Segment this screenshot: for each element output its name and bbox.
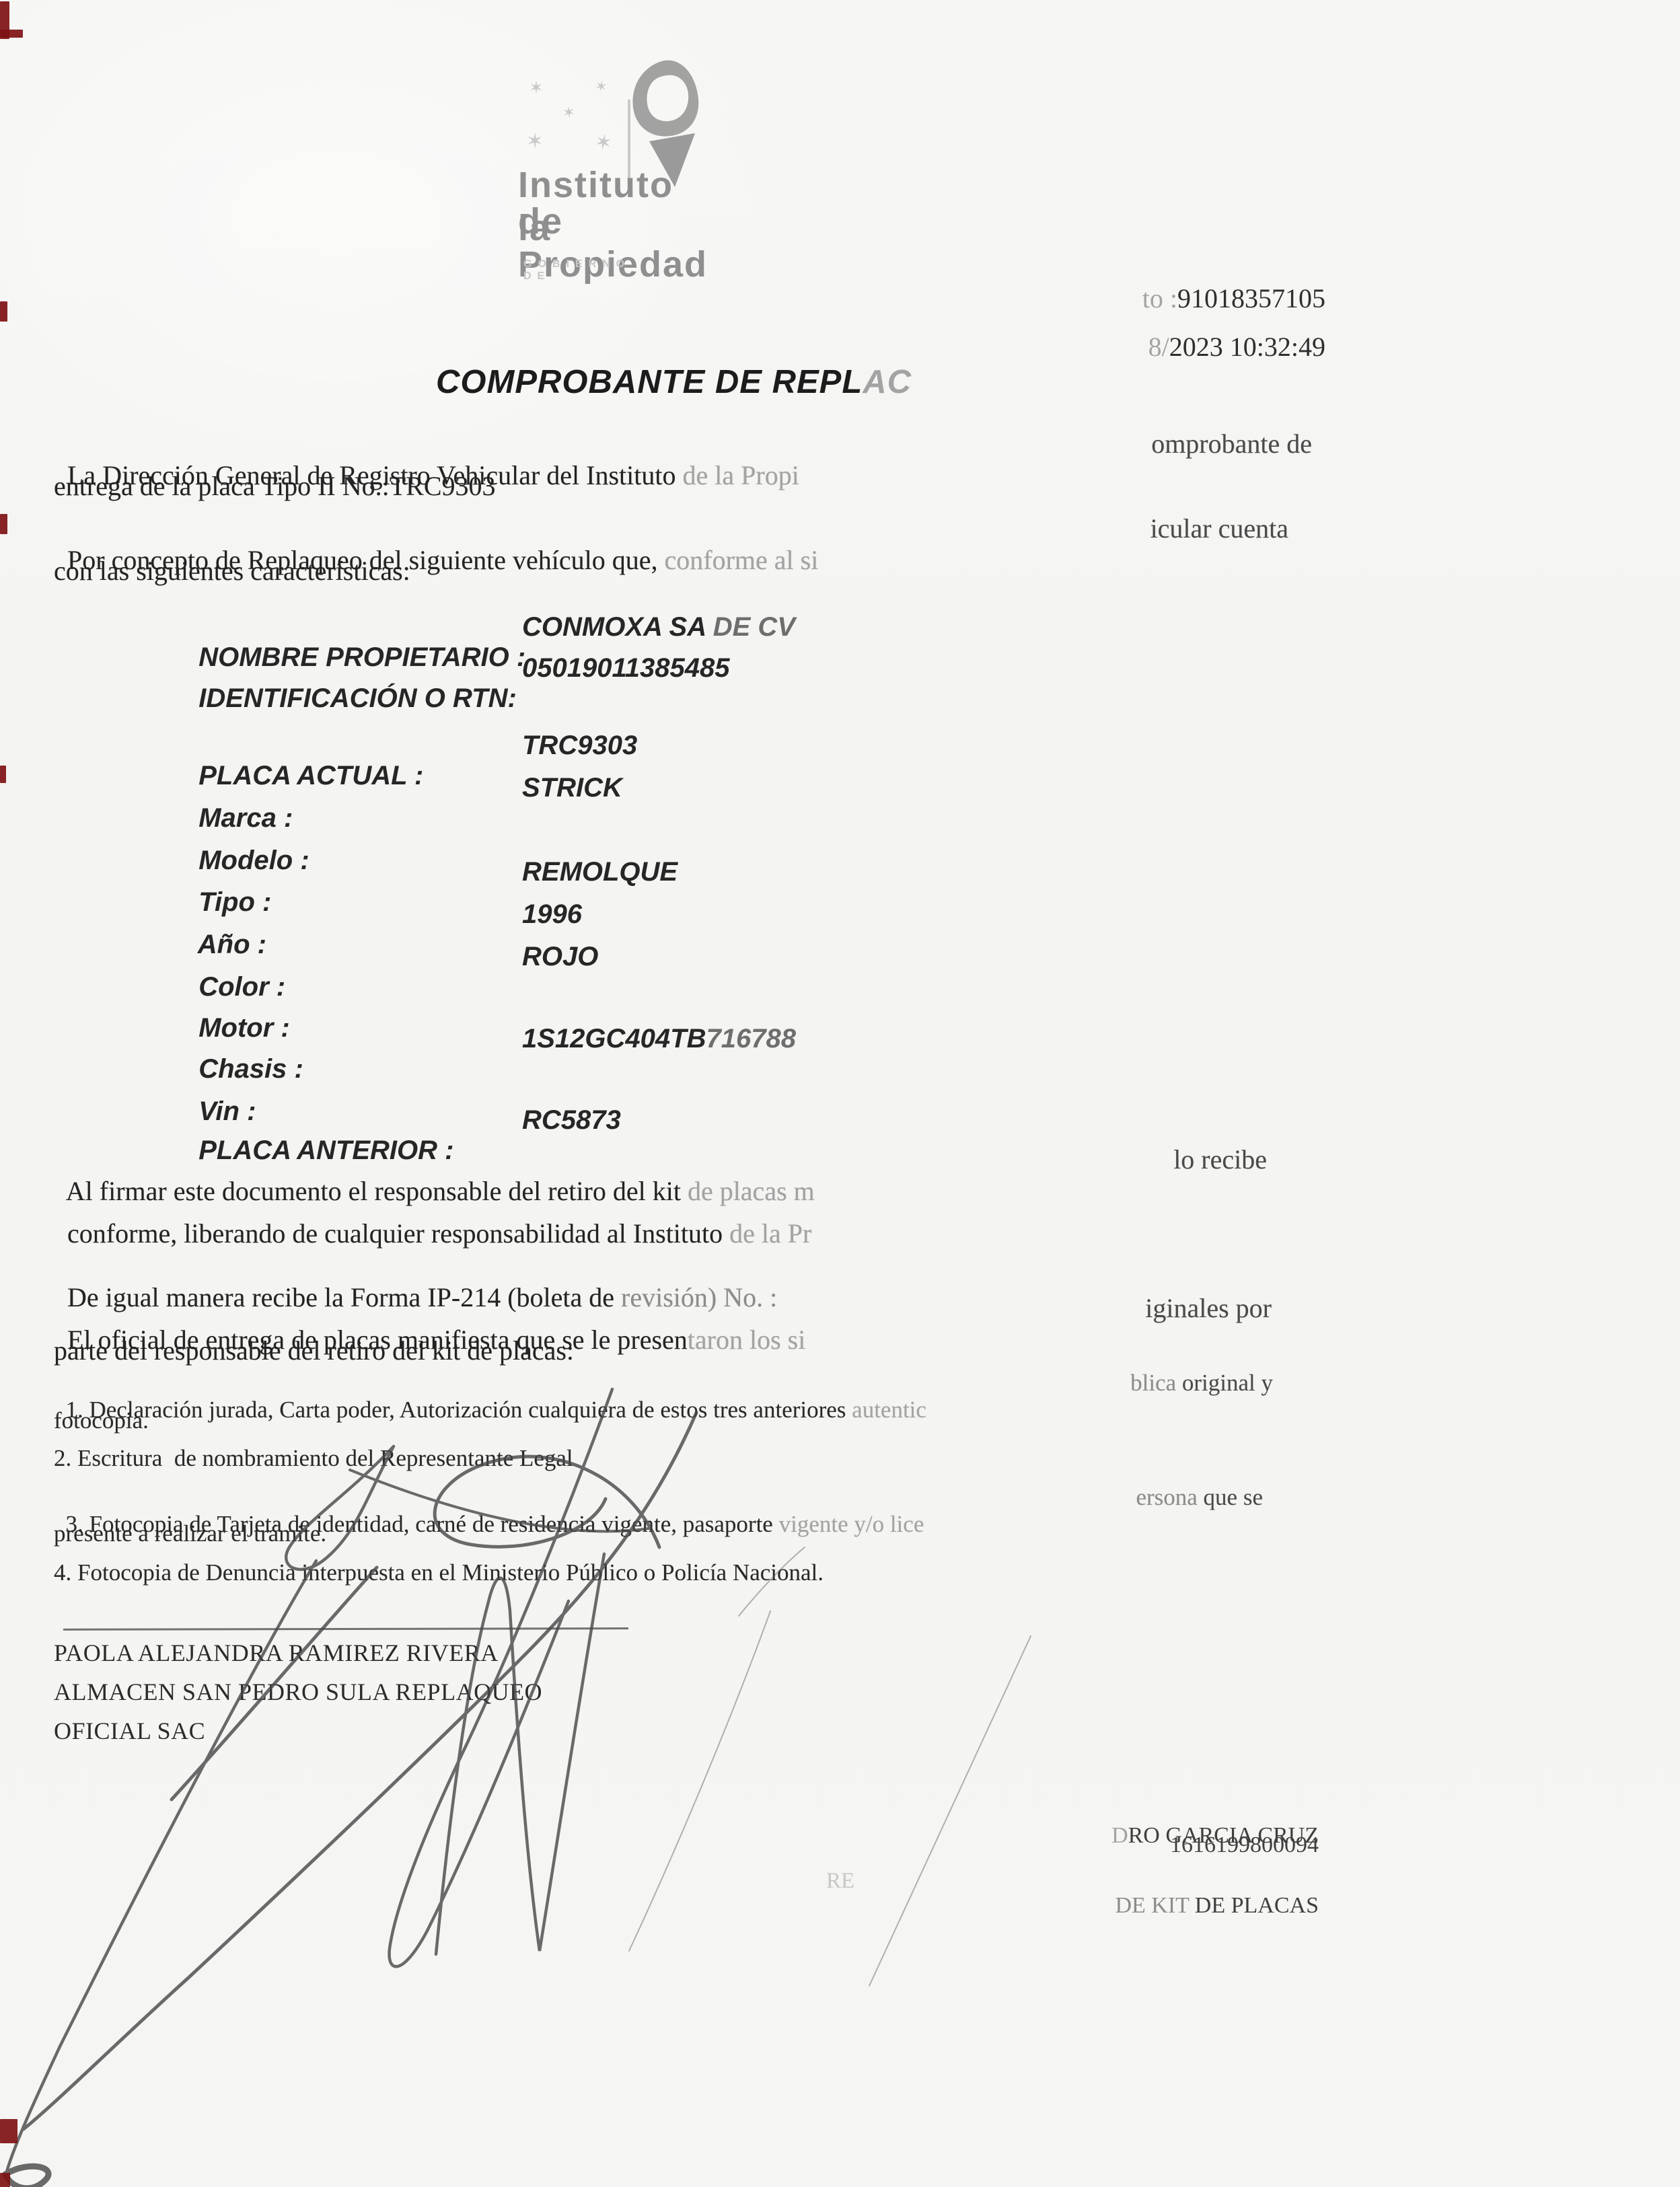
- vehicle-row-marca: Marca : STRICK: [184, 773, 1327, 808]
- document-title-faded-fragment: AC: [863, 364, 912, 400]
- vehicle-row-tipo: Tipo : REMOLQUE: [184, 857, 1327, 892]
- vehicle-row-chasis: Chasis : 1S12GC404TB716788: [184, 1024, 1327, 1059]
- document-title-main: COMPROBANTE DE REPL: [436, 364, 863, 400]
- document-title: COMPROBANTE DE REPLAC: [436, 363, 912, 401]
- sign-paragraph-line-2: conforme, liberando de cualquier respons…: [54, 1186, 1325, 1249]
- signature-rule-line: [63, 1627, 628, 1631]
- requirement-item-1-cont: fotocopia.: [54, 1407, 1325, 1434]
- field-value: 1S12GC404TB716788: [522, 1024, 796, 1054]
- scan-edge-mark: [0, 2119, 17, 2143]
- logo-star-icon: ✶: [526, 131, 544, 151]
- document-datetime-value: 2023 10:32:49: [1169, 332, 1325, 362]
- document-number-line: to :91018357105: [1009, 283, 1325, 314]
- receiver-role-line: DE KIT DE PLACAS: [807, 1867, 1319, 1919]
- vehicle-row-placa-actual: PLACA ACTUAL : TRC9303: [184, 731, 1327, 766]
- owner-id-label: IDENTIFICACIÓN O RTN:: [198, 683, 524, 713]
- receiver-id-line: 1616199800094: [807, 1832, 1319, 1858]
- document-date-prefix-fragment: 8/: [1148, 332, 1169, 362]
- officer-office: ALMACEN SAN PEDRO SULA REPLAQUEO: [54, 1678, 542, 1706]
- logo-star-icon: ✶: [529, 79, 544, 97]
- field-value: REMOLQUE: [522, 857, 678, 887]
- scan-edge-mark: [0, 514, 7, 534]
- vehicle-row-placa-anterior: PLACA ANTERIOR : RC5873: [184, 1105, 1327, 1140]
- requirement-item-4: 4. Fotocopia de Denuncia interpuesta en …: [54, 1559, 1325, 1586]
- intro-line-3-right-fragment: icular cuenta: [1151, 513, 1288, 544]
- officer-name: PAOLA ALEJANDRA RAMIREZ RIVERA: [54, 1639, 499, 1667]
- document-number-value: 91018357105: [1177, 283, 1325, 313]
- scan-edge-mark: [0, 301, 7, 322]
- logo-star-icon: ✶: [561, 104, 576, 121]
- field-value: 1996: [522, 899, 582, 930]
- owner-id-row: IDENTIFICACIÓN O RTN: 05019011385485: [184, 653, 1327, 688]
- scan-edge-mark: [0, 2173, 10, 2187]
- scan-edge-mark: [0, 30, 23, 38]
- form-paragraph-line-3: parte del responsable del retiro del kit…: [54, 1335, 1325, 1366]
- requirement-item-2: 2. Escritura de nombramiento del Represe…: [54, 1445, 1325, 1472]
- logo-tagline: GOBIERNO DE: [523, 258, 630, 283]
- receiver-role: DE PLACAS: [1195, 1893, 1319, 1918]
- owner-id-value: 05019011385485: [522, 653, 729, 683]
- vehicle-row-vin: Vin :: [184, 1066, 1327, 1101]
- logo-star-icon: ✶: [593, 78, 609, 95]
- owner-name-row: NOMBRE PROPIETARIO : CONMOXA SA DE CV: [184, 612, 1327, 647]
- intro-line-4: con las siguientes características:: [54, 555, 1325, 587]
- requirement-item-3-cont: presente a realizar el trámite.: [54, 1520, 1325, 1547]
- field-value: STRICK: [522, 773, 622, 803]
- item-3-right-fragment: ersona que se: [1136, 1484, 1263, 1511]
- intro-line-1-right-fragment: omprobante de: [1151, 428, 1312, 459]
- officer-role: OFICIAL SAC: [54, 1717, 205, 1745]
- document-number-prefix-fragment: to :: [1142, 283, 1177, 313]
- form-line-2-right-fragment: iginales por: [1145, 1292, 1272, 1324]
- scan-edge-mark: [0, 766, 6, 783]
- field-value: ROJO: [522, 942, 598, 972]
- owner-name-value: CONMOXA SA DE CV: [522, 612, 795, 642]
- item-1-right-fragment: blica original y: [1130, 1370, 1273, 1397]
- vehicle-row-motor: Motor :: [184, 983, 1327, 1018]
- scanned-document-page: { "logo": { "name_line1": "Instituto de"…: [0, 0, 1680, 2187]
- vehicle-row-anio: Año : 1996: [184, 899, 1327, 934]
- sign-line-2-faded: de la Pr: [729, 1218, 811, 1249]
- receiver-role-faded: DE KIT: [1115, 1893, 1194, 1918]
- vehicle-row-modelo: Modelo :: [184, 815, 1327, 850]
- intro-line-2: entrega de la placa Tipo II No.:TRC9303: [54, 470, 1325, 502]
- vehicle-row-color: Color : ROJO: [184, 942, 1327, 977]
- document-datetime-line: 8/2023 10:32:49: [1009, 331, 1325, 363]
- logo-star-icon: ✶: [593, 131, 614, 154]
- field-value: RC5873: [522, 1105, 621, 1136]
- field-value: TRC9303: [522, 731, 637, 761]
- sign-line-1-right-fragment: lo recibe: [1173, 1144, 1267, 1175]
- sign-line-2-text: conforme, liberando de cualquier respons…: [67, 1218, 729, 1249]
